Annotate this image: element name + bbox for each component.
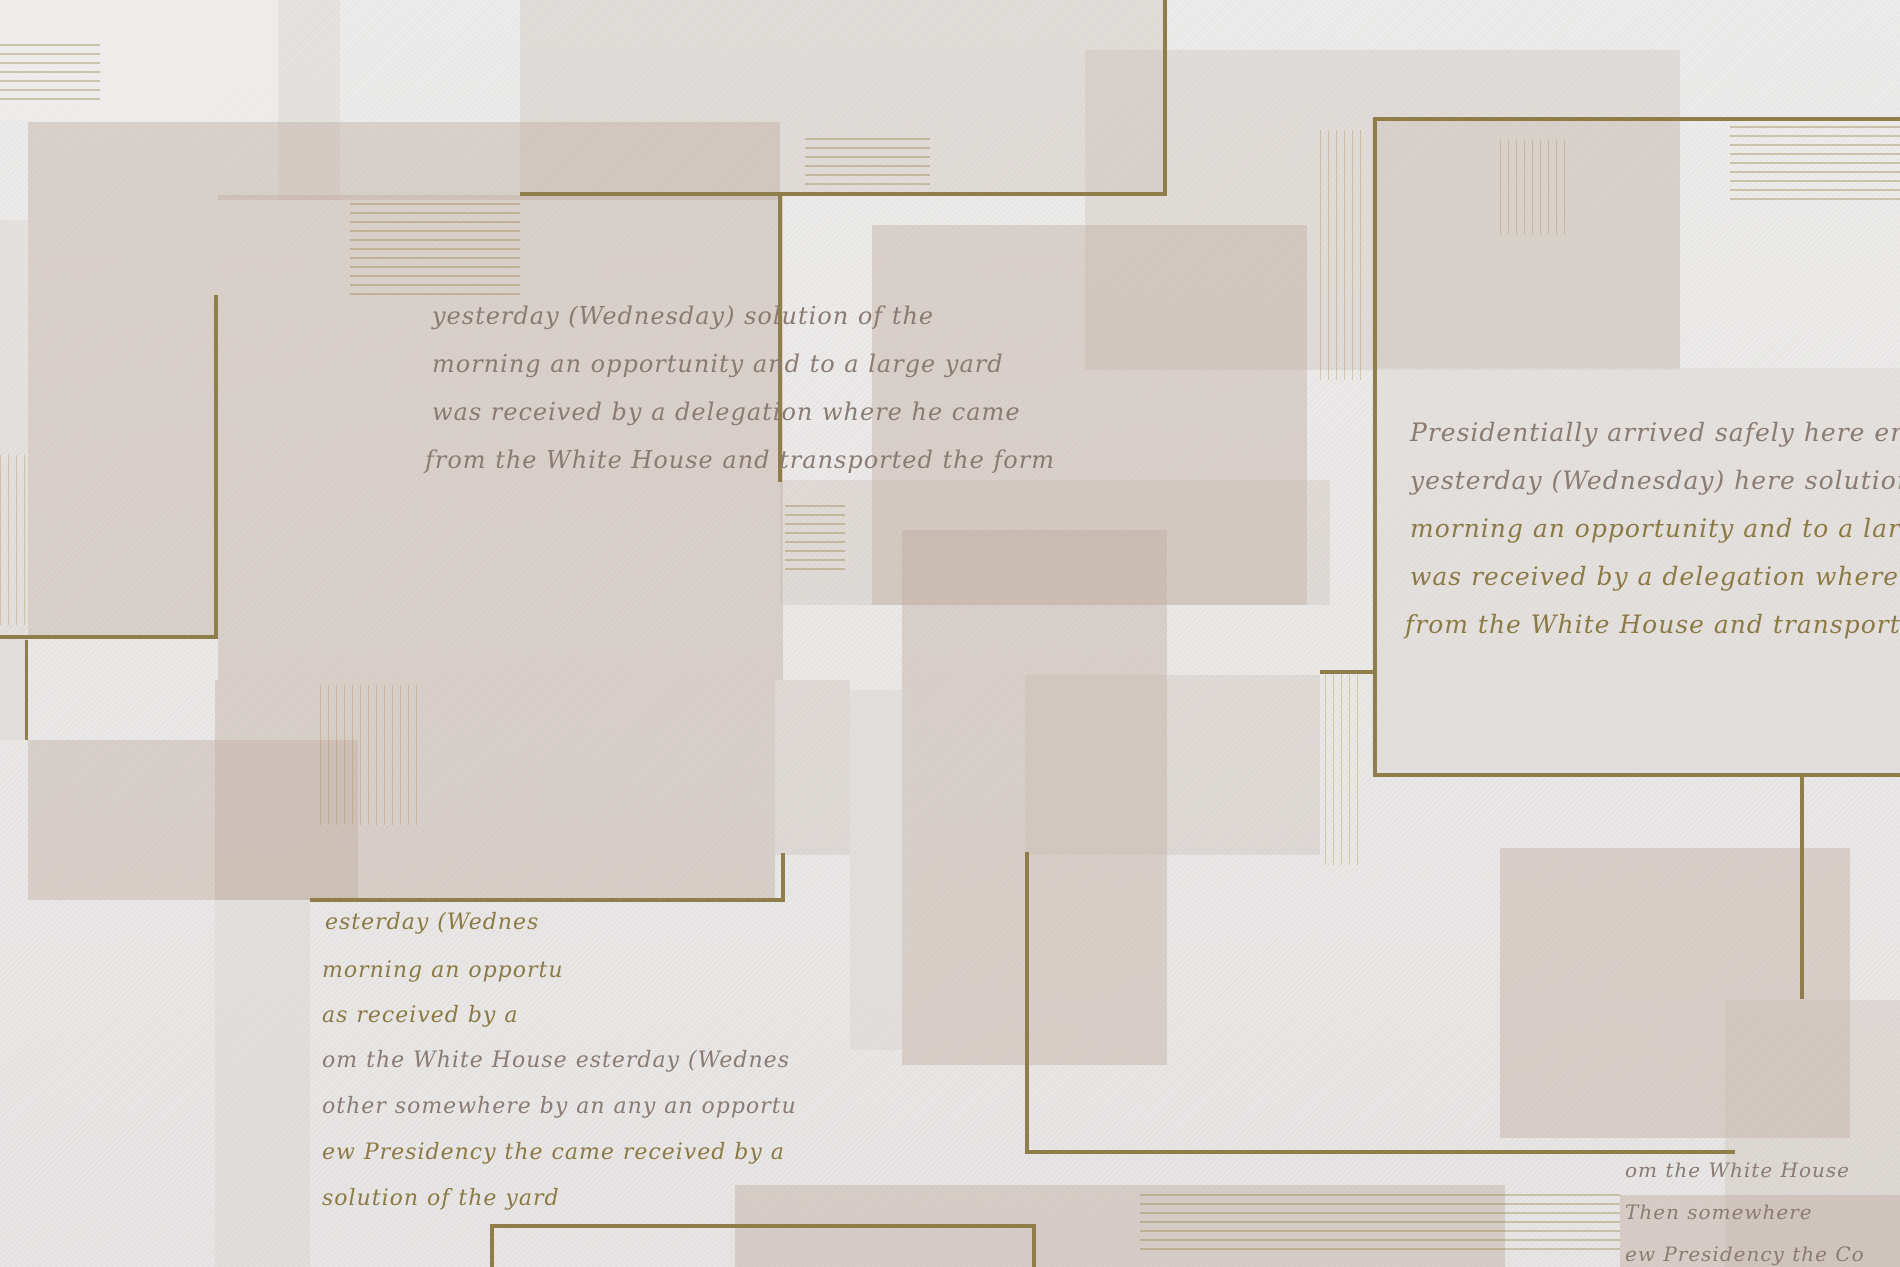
gold-fleck <box>320 685 420 825</box>
gold-border <box>520 192 1167 196</box>
panel <box>28 122 780 200</box>
handwritten-line: as received by a <box>322 1003 518 1028</box>
handwritten-line: other somewhere by an any an opportu <box>322 1094 797 1119</box>
gold-fleck <box>0 455 30 625</box>
handwritten-line: yesterday (Wednesday) here solution of t… <box>1410 466 1900 495</box>
handwritten-line: yesterday (Wednesday) solution of the <box>432 302 934 330</box>
handwritten-line: morning an opportu <box>322 958 564 983</box>
panel <box>28 200 218 635</box>
gold-border <box>1025 852 1029 1152</box>
handwritten-line: solution of the yard <box>322 1186 560 1211</box>
gold-border <box>1800 777 1804 999</box>
gold-fleck <box>1325 670 1360 865</box>
gold-border <box>778 192 782 482</box>
handwritten-line: om the White House <box>1625 1158 1850 1182</box>
handwritten-line: morning an opportunity and to a large ya… <box>432 350 1004 378</box>
panel <box>215 680 775 900</box>
gold-border <box>310 898 785 902</box>
gold-border <box>781 853 785 902</box>
gold-border <box>1163 0 1167 195</box>
panel <box>775 680 850 855</box>
handwritten-line: Presidentially arrived safely here endin… <box>1410 418 1900 447</box>
gold-border <box>1032 1224 1036 1267</box>
gold-border <box>1320 670 1375 674</box>
gold-border <box>25 640 28 740</box>
print-texture <box>350 200 520 295</box>
handwritten-line: om the White House esterday (Wednes <box>322 1048 790 1073</box>
handwritten-line: esterday (Wednes <box>325 910 539 935</box>
panel <box>850 690 910 1050</box>
gold-border <box>490 1224 494 1267</box>
print-texture <box>0 40 100 100</box>
print-texture <box>1140 1190 1620 1250</box>
print-texture <box>805 135 930 185</box>
handwritten-line: from the White House and transported the… <box>1405 610 1900 639</box>
gold-border <box>1373 117 1900 121</box>
gold-border <box>1373 773 1900 777</box>
handwritten-line: Then somewhere <box>1625 1200 1813 1224</box>
handwritten-line: morning an opportunity and to a large <box>1410 514 1900 543</box>
handwritten-line: was received by a delegation where the h… <box>1410 562 1900 591</box>
print-texture <box>1730 110 1900 200</box>
panel <box>215 900 310 1267</box>
panel <box>1025 675 1320 855</box>
gold-border <box>490 1224 1035 1228</box>
gold-border <box>0 635 217 639</box>
wallpaper-canvas: yesterday (Wednesday) solution of the mo… <box>0 0 1900 1267</box>
gold-fleck <box>1320 130 1365 380</box>
gold-fleck <box>1500 140 1565 235</box>
handwritten-line: ew Presidency the Co <box>1625 1242 1865 1266</box>
gold-border <box>1025 1150 1735 1154</box>
handwritten-line: from the White House and transported the… <box>425 446 1055 474</box>
handwritten-line: was received by a delegation where he ca… <box>432 398 1021 426</box>
handwritten-line: ew Presidency the came received by a <box>322 1140 785 1165</box>
gold-border <box>1373 117 1377 777</box>
gold-border <box>214 295 218 639</box>
print-texture <box>785 500 845 570</box>
